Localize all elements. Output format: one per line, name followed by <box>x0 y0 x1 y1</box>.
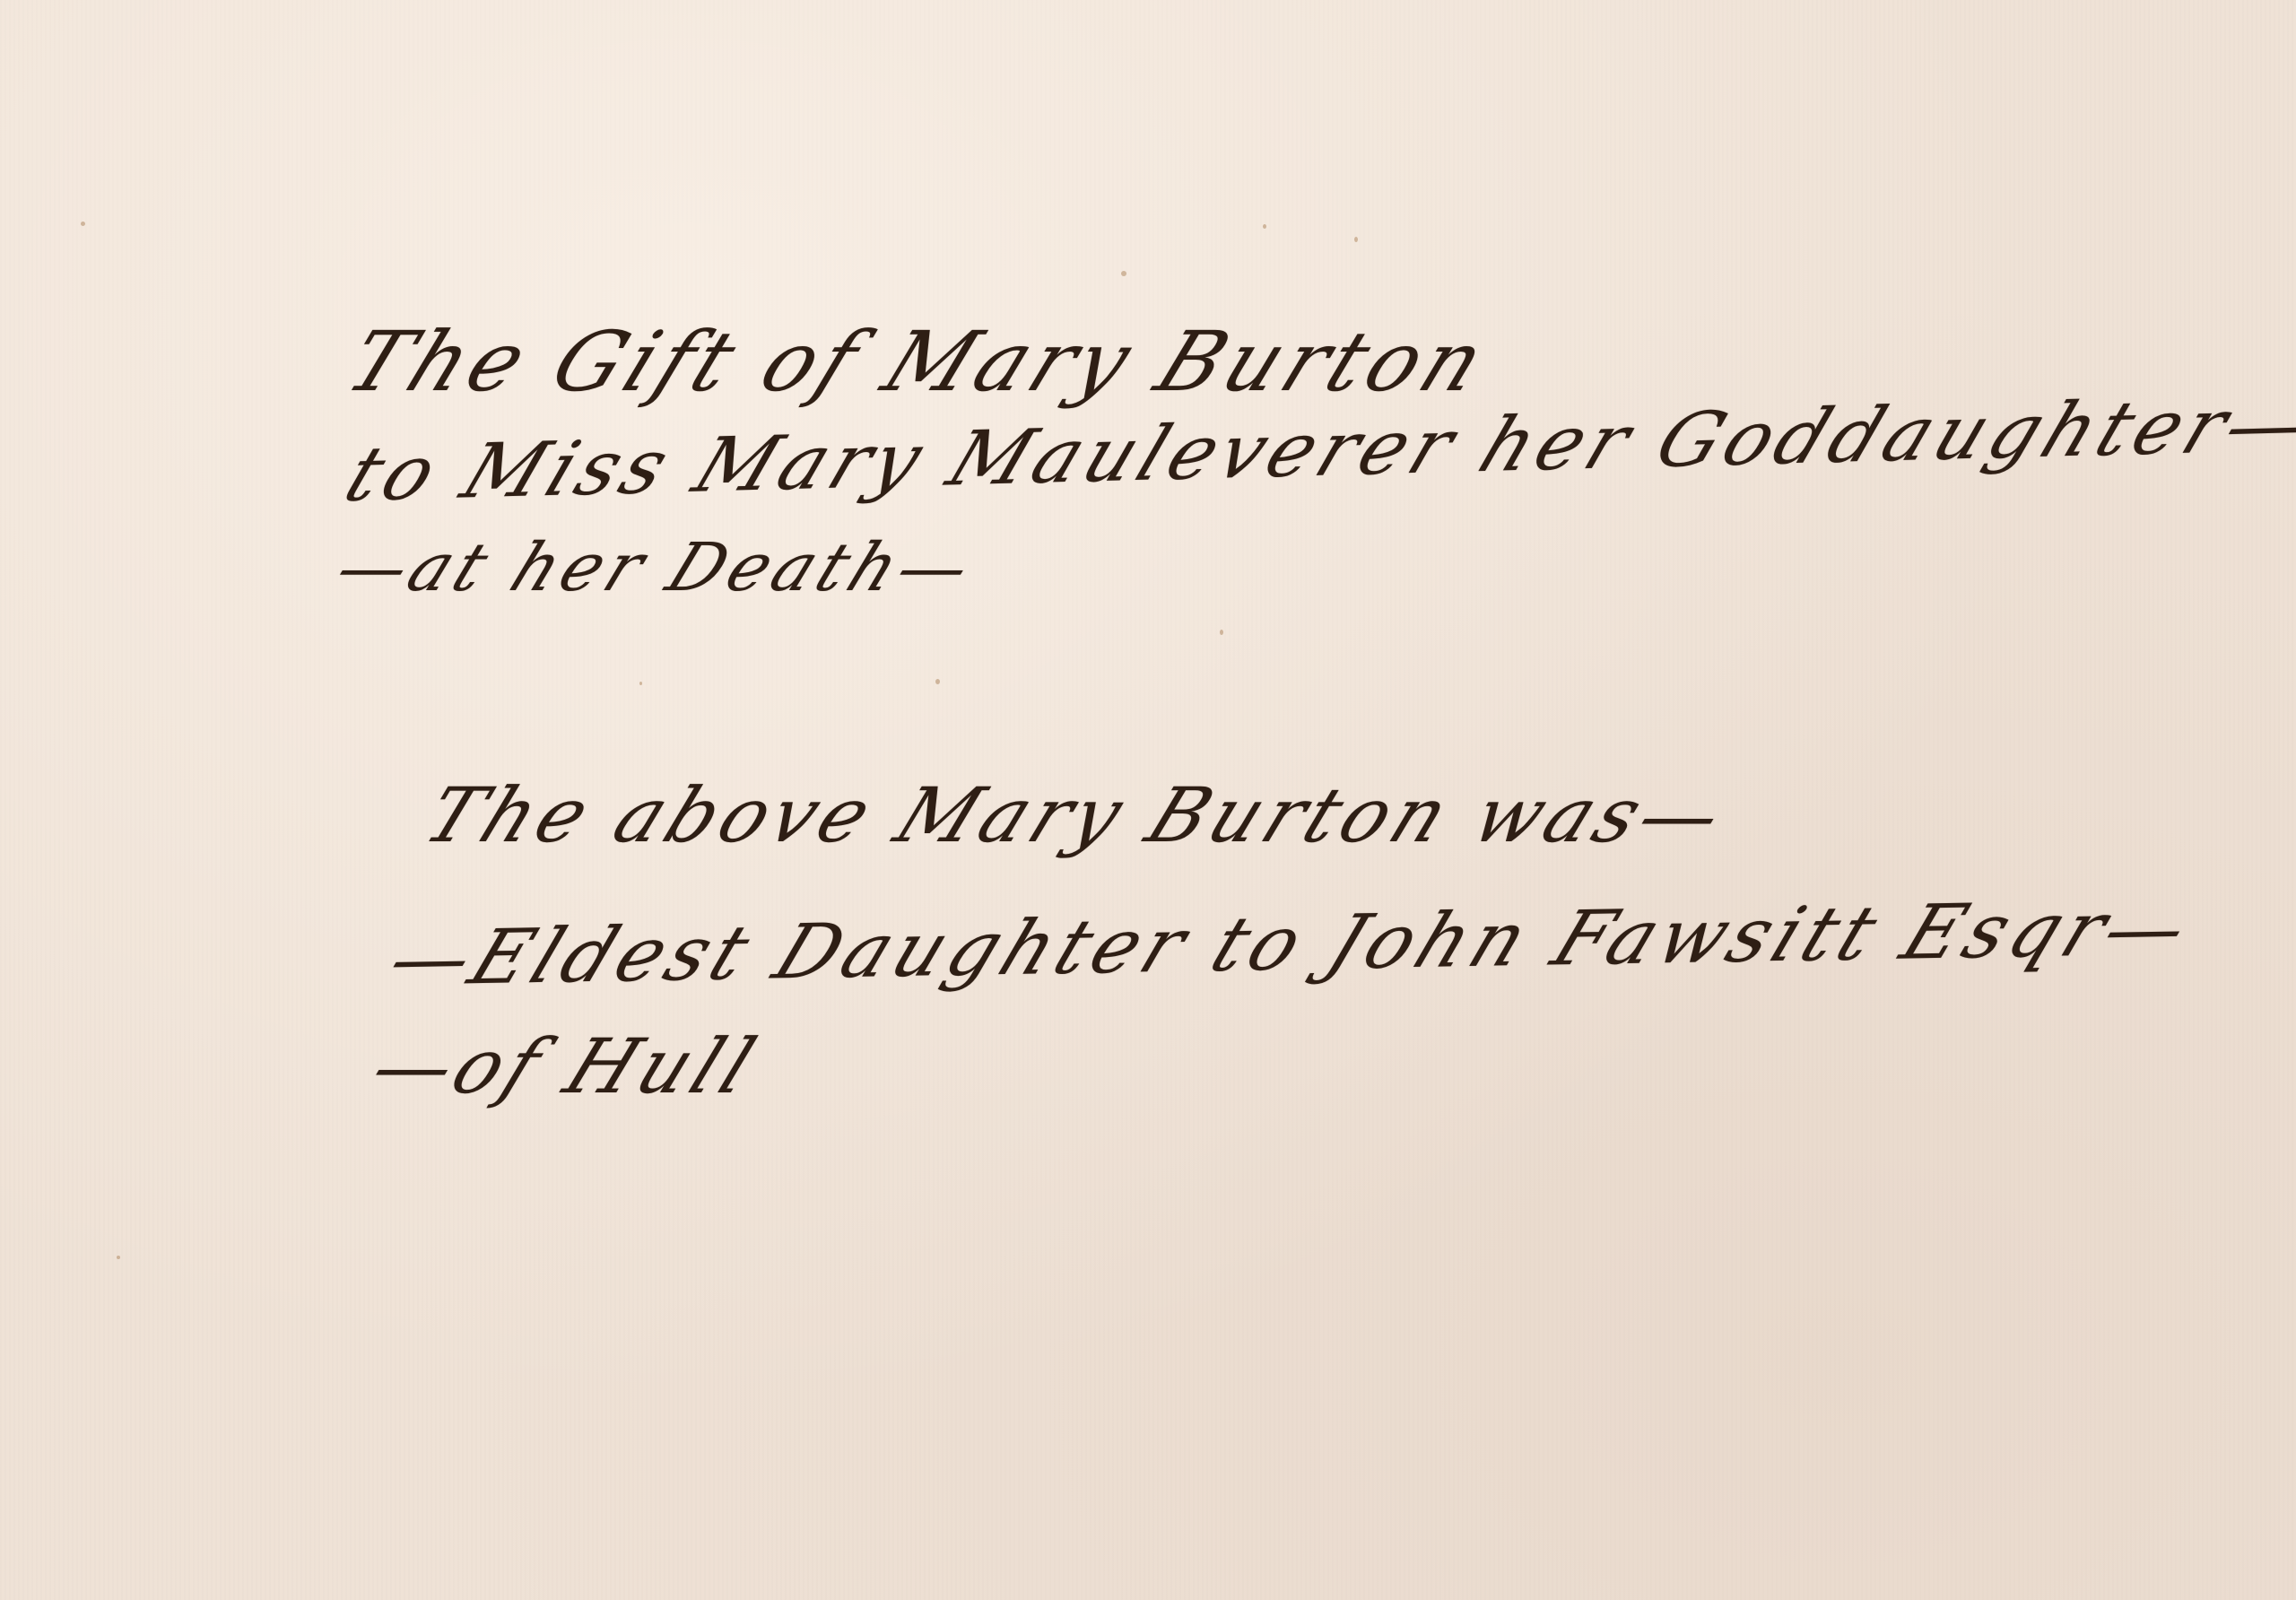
paper-speck <box>1263 224 1266 229</box>
inscription-line-5: —Eldest Daughter to John Fawsitt Esqr— <box>377 883 2206 1003</box>
paper-speck <box>81 222 85 226</box>
paper-speck <box>117 1256 120 1259</box>
paper-speck <box>935 679 940 684</box>
inscription-line-4: The above Mary Burton was— <box>413 771 1741 859</box>
inscription-line-6: —of Hull <box>359 1022 772 1110</box>
inscription-line-1: The Gift of Mary Burton <box>334 314 1503 410</box>
inscription-line-3: —at her Death— <box>325 529 987 606</box>
paper-speck <box>1121 271 1126 276</box>
paper-speck <box>639 682 642 685</box>
paper-speck <box>1354 237 1358 242</box>
paper-speck <box>1220 630 1223 635</box>
manuscript-page: The Gift of Mary Burton to Miss Mary Mau… <box>0 0 2296 1600</box>
